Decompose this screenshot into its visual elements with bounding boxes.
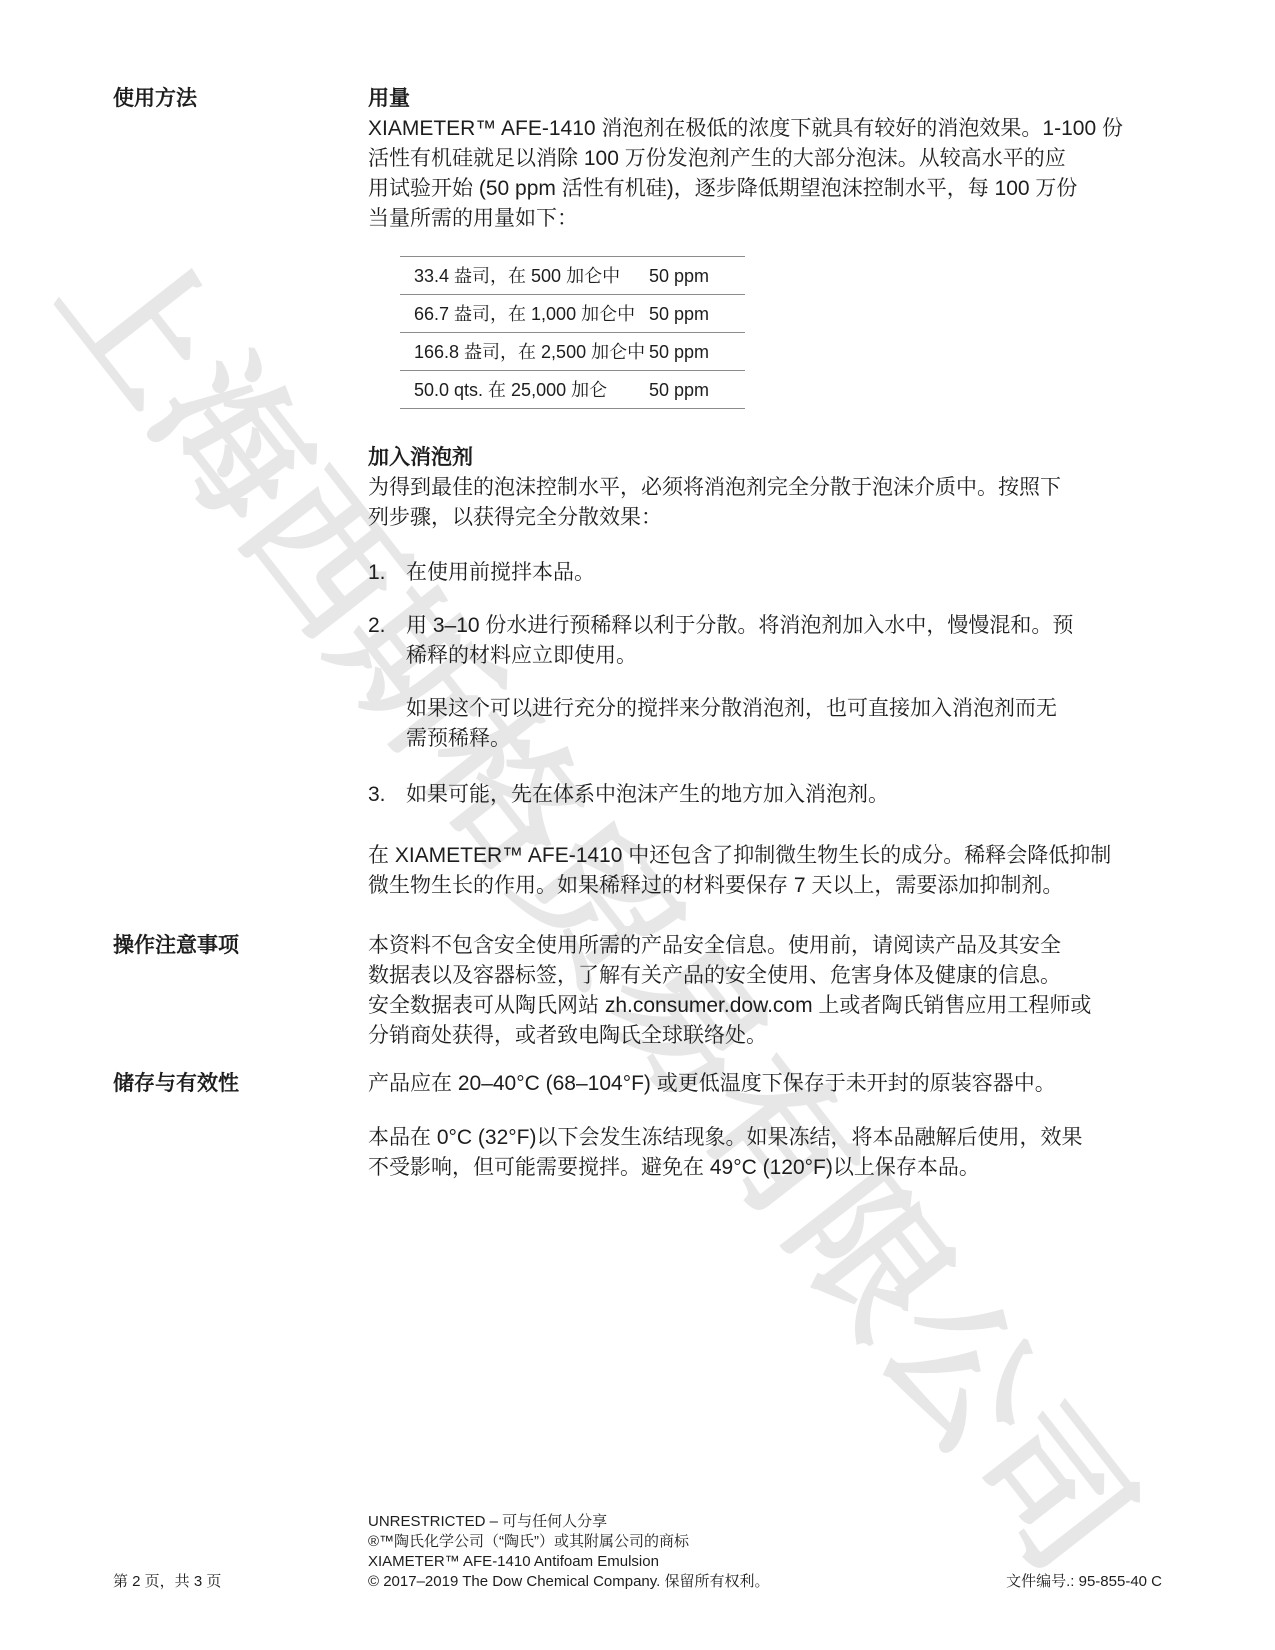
list-number: 3.: [368, 780, 406, 810]
list-item-text: 用 3–10 份水进行预稀释以利于分散。将消泡剂加入水中，慢慢混和。预 稀释的材…: [406, 611, 1162, 671]
list-number: 1.: [368, 558, 406, 588]
dosage-ppm-cell: 50 ppm: [649, 371, 745, 409]
storage-label-column: 储存与有效性: [113, 1069, 368, 1183]
adding-antifoam-paragraph: 为得到最佳的泡沫控制水平，必须将消泡剂完全分散于泡沫介质中。按照下 列步骤，以获…: [368, 473, 1162, 533]
table-row: 50.0 qts. 在 25,000 加仑 50 ppm: [400, 371, 745, 409]
page-footer: 第 2 页，共 3 页 UNRESTRICTED – 可与任何人分享 ®™陶氏化…: [113, 1512, 1162, 1592]
usage-label-column: 使用方法: [113, 84, 368, 901]
usage-main-column: 用量 XIAMETER™ AFE-1410 消泡剂在极低的浓度下就具有较好的消泡…: [368, 84, 1162, 901]
predilution-note: 如果这个可以进行充分的搅拌来分散消泡剂，也可直接加入消泡剂而无 需预稀释。: [406, 694, 1162, 754]
section-label-usage-method: 使用方法: [113, 84, 368, 114]
list-item-1: 1. 在使用前搅拌本品。: [368, 558, 1162, 588]
page-content: 使用方法 用量 XIAMETER™ AFE-1410 消泡剂在极低的浓度下就具有…: [0, 0, 1275, 1183]
list-item-text: 如果可能，先在体系中泡沫产生的地方加入消泡剂。: [406, 780, 1162, 810]
footer-unrestricted-line: UNRESTRICTED – 可与任何人分享: [368, 1512, 1006, 1532]
document-page: 上海西斯格贸易有限公司 使用方法 用量 XIAMETER™ AFE-1410 消…: [0, 0, 1275, 1650]
table-row: 66.7 盎司，在 1,000 加仑中 50 ppm: [400, 295, 745, 333]
section-handling-precautions: 操作注意事项 本资料不包含安全使用所需的产品安全信息。使用前，请阅读产品及其安全…: [113, 931, 1162, 1051]
footer-legal-block: UNRESTRICTED – 可与任何人分享 ®™陶氏化学公司（“陶氏”）或其附…: [368, 1512, 1006, 1592]
dosage-amount-cell: 66.7 盎司，在 1,000 加仑中: [400, 295, 649, 333]
section-label-storage: 储存与有效性: [113, 1069, 368, 1099]
page-number: 第 2 页，共 3 页: [113, 1572, 368, 1592]
footer-product-name-line: XIAMETER™ AFE-1410 Antifoam Emulsion: [368, 1552, 1006, 1572]
dosage-ppm-cell: 50 ppm: [649, 257, 745, 295]
microbial-inhibitor-paragraph: 在 XIAMETER™ AFE-1410 中还包含了抑制微生物生长的成分。稀释会…: [368, 841, 1162, 901]
dosage-table: 33.4 盎司，在 500 加仑中 50 ppm 66.7 盎司，在 1,000…: [400, 256, 745, 409]
dosage-ppm-cell: 50 ppm: [649, 295, 745, 333]
table-row: 166.8 盎司，在 2,500 加仑中 50 ppm: [400, 333, 745, 371]
adding-antifoam-heading: 加入消泡剂: [368, 443, 1162, 473]
handling-main-column: 本资料不包含安全使用所需的产品安全信息。使用前，请阅读产品及其安全 数据表以及容…: [368, 931, 1162, 1051]
handling-paragraph: 本资料不包含安全使用所需的产品安全信息。使用前，请阅读产品及其安全 数据表以及容…: [368, 931, 1162, 1051]
list-item-2: 2. 用 3–10 份水进行预稀释以利于分散。将消泡剂加入水中，慢慢混和。预 稀…: [368, 611, 1162, 671]
dosage-paragraph: XIAMETER™ AFE-1410 消泡剂在极低的浓度下就具有较好的消泡效果。…: [368, 114, 1162, 234]
list-item-text: 在使用前搅拌本品。: [406, 558, 1162, 588]
table-row: 33.4 盎司，在 500 加仑中 50 ppm: [400, 257, 745, 295]
footer-copyright-line: © 2017–2019 The Dow Chemical Company. 保留…: [368, 1572, 1006, 1592]
section-usage-method: 使用方法 用量 XIAMETER™ AFE-1410 消泡剂在极低的浓度下就具有…: [113, 84, 1162, 901]
document-number: 文件编号.: 95-855-40 C: [1006, 1572, 1162, 1592]
storage-paragraph-1: 产品应在 20–40°C (68–104°F) 或更低温度下保存于未开封的原装容…: [368, 1069, 1162, 1099]
dosage-heading: 用量: [368, 84, 1162, 114]
dosage-amount-cell: 166.8 盎司，在 2,500 加仑中: [400, 333, 649, 371]
dosage-amount-cell: 50.0 qts. 在 25,000 加仑: [400, 371, 649, 409]
dosage-ppm-cell: 50 ppm: [649, 333, 745, 371]
storage-main-column: 产品应在 20–40°C (68–104°F) 或更低温度下保存于未开封的原装容…: [368, 1069, 1162, 1183]
section-storage-shelf-life: 储存与有效性 产品应在 20–40°C (68–104°F) 或更低温度下保存于…: [113, 1069, 1162, 1183]
handling-label-column: 操作注意事项: [113, 931, 368, 1051]
section-label-handling: 操作注意事项: [113, 931, 368, 961]
list-item-3: 3. 如果可能，先在体系中泡沫产生的地方加入消泡剂。: [368, 780, 1162, 810]
dosage-amount-cell: 33.4 盎司，在 500 加仑中: [400, 257, 649, 295]
footer-trademark-line: ®™陶氏化学公司（“陶氏”）或其附属公司的商标: [368, 1532, 1006, 1552]
list-number: 2.: [368, 611, 406, 671]
storage-paragraph-2: 本品在 0°C (32°F)以下会发生冻结现象。如果冻结，将本品融解后使用，效果…: [368, 1123, 1162, 1183]
